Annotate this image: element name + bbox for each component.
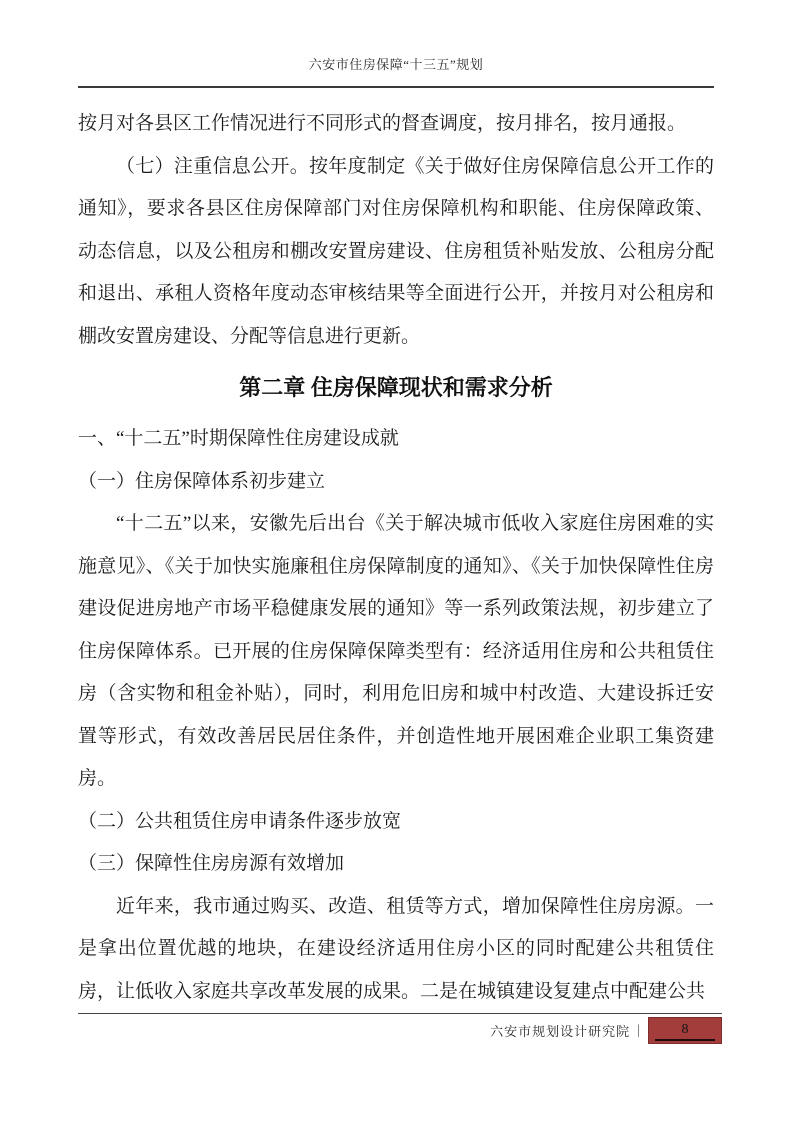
footer-rule	[78, 1013, 722, 1014]
page-number-box: 8	[648, 1017, 722, 1044]
paragraph-housing-sources: 近年来，我市通过购买、改造、租赁等方式，增加保障性住房房源。一是拿出位置优越的地…	[78, 886, 714, 1014]
footer-organization: 六安市规划设计研究院	[490, 1021, 630, 1040]
document-page: 六安市住房保障“十三五”规划 按月对各县区工作情况进行不同形式的督查调度，按月排…	[0, 0, 793, 1122]
page-number: 8	[655, 1021, 714, 1041]
header-title: 六安市住房保障“十三五”规划	[78, 54, 714, 73]
paragraph-item-seven: （七）注重信息公开。按年度制定《关于做好住房保障信息公开工作的通知》，要求各县区…	[78, 146, 714, 359]
subsection-heading-2: （二）公共租赁住房申请条件逐步放宽	[78, 801, 714, 844]
paragraph-continuation: 按月对各县区工作情况进行不同形式的督查调度，按月排名，按月通报。	[78, 103, 714, 146]
footer-separator: |	[637, 1023, 641, 1039]
subsection-heading-1: （一）住房保障体系初步建立	[78, 461, 714, 504]
paragraph-policy-overview: “十二五”以来，安徽先后出台《关于解决城市低收入家庭住房困难的实施意见》、《关于…	[78, 503, 714, 801]
section-heading-one: 一、“十二五”时期保障性住房建设成就	[78, 418, 714, 461]
subsection-heading-3: （三）保障性住房房源有效增加	[78, 843, 714, 886]
footer: 六安市规划设计研究院 | 8	[490, 1017, 722, 1044]
document-body: 按月对各县区工作情况进行不同形式的督查调度，按月排名，按月通报。 （七）注重信息…	[78, 103, 714, 1013]
chapter-heading: 第二章 住房保障现状和需求分析	[78, 368, 714, 408]
header-rule	[78, 86, 714, 88]
